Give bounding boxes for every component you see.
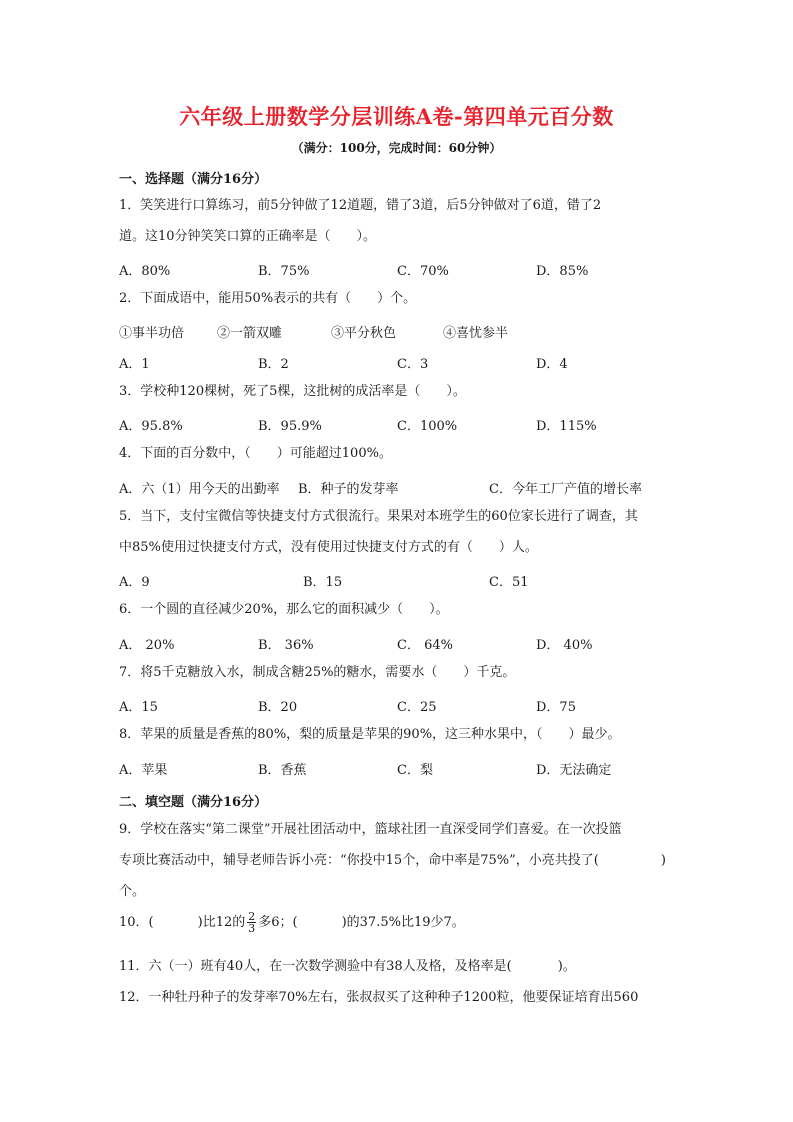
question-7-option-c: C．25 (397, 696, 437, 715)
question-8-line-1: 8．苹果的质量是香蕉的80%，梨的质量是苹果的90%，这三种水果中，（ ）最少。 (119, 727, 621, 743)
question-10-part-1: 10．( (119, 915, 154, 930)
question-12-line-1: 12．一种牡丹种子的发芽率70%左右，张叔叔买了这种种子1200粒，他要保证培育… (119, 990, 638, 1006)
question-3-option-d: D．115% (536, 415, 597, 434)
question-1-option-a: A．80% (119, 260, 170, 279)
question-7-option-d: D．75 (536, 696, 576, 715)
question-6-option-c: C． 64% (397, 634, 453, 653)
question-4-option-c: C．今年工厂产值的增长率 (489, 478, 642, 497)
question-4-option-a: A．六（1）用今天的出勤率 (119, 478, 280, 497)
question-5-option-c: C．51 (489, 571, 529, 590)
question-2-item-1: ①事半功倍 (119, 322, 184, 341)
question-11-close: )。 (558, 959, 576, 974)
question-11-line: 11．六（一）班有40人，在一次数学测验中有38人及格，及格率是()。 (119, 959, 576, 975)
question-3-line-1: 3．学校种120棵树，死了5棵，这批树的成活率是（ ）。 (119, 384, 466, 400)
question-6-option-d: D． 40% (536, 634, 592, 653)
exam-page: 六年级上册数学分层训练A卷-第四单元百分数 （满分：100分，完成时间：60分钟… (0, 0, 793, 1122)
question-4-line-1: 4．下面的百分数中，（ ）可能超过100%。 (119, 446, 392, 462)
question-8-option-c: C．梨 (397, 759, 433, 778)
question-3-option-b: B．95.9% (258, 415, 322, 434)
question-8-option-d: D．无法确定 (536, 759, 611, 778)
question-8-option-a: A．苹果 (119, 759, 167, 778)
question-2-option-c: C．3 (397, 353, 428, 372)
question-7-line-1: 7．将5千克糖放入水，制成含糖25%的糖水，需要水（ ）千克。 (119, 665, 515, 681)
question-9-line-2: 专项比赛活动中，辅导老师告诉小亮：“你投中15个，命中率是75%”，小亮共投了(… (119, 853, 666, 869)
question-6-option-b: B． 36% (258, 634, 314, 653)
question-10-line: 10．()比12的23多6；()的37.5%比19少7。 (119, 910, 465, 936)
question-9-line-1: 9．学校在落实“第二课堂”开展社团活动中，篮球社团一直深受同学们喜爱。在一次投篮 (119, 822, 622, 838)
question-2-item-4: ④喜忧参半 (443, 322, 508, 341)
question-1-option-d: D．85% (536, 260, 588, 279)
question-1-line-1: 1．笑笑进行口算练习，前5分钟做了12道题，错了3道，后5分钟做对了6道，错了2 (119, 198, 601, 214)
question-1-line-2: 道。这10分钟笑笑口算的正确率是（ ）。 (119, 229, 376, 245)
question-2-line-1: 2．下面成语中，能用50%表示的共有（ ）个。 (119, 291, 416, 307)
section-heading-choice: 一、选择题（满分16分） (119, 168, 267, 187)
question-3-option-a: A．95.8% (119, 415, 183, 434)
question-5-line-1: 5．当下，支付宝微信等快捷支付方式很流行。果果对本班学生的60位家长进行了调查，… (119, 509, 638, 525)
question-4-option-b: B．种子的发芽率 (298, 478, 399, 497)
question-2-item-2: ②一箭双雕 (217, 322, 282, 341)
page-subtitle: （满分：100分，完成时间：60分钟） (0, 139, 793, 156)
question-9-line-3: 个。 (119, 884, 145, 900)
question-8-option-b: B．香蕉 (258, 759, 307, 778)
question-2-item-3: ③平分秋色 (331, 322, 396, 341)
question-7-option-a: A．15 (119, 696, 158, 715)
question-9-close-paren: ) (661, 853, 666, 868)
question-6-option-a: A． 20% (119, 634, 174, 653)
question-7-option-b: B．20 (258, 696, 297, 715)
question-6-line-1: 6．一个圆的直径减少20%，那么它的面积减少（ ）。 (119, 602, 449, 618)
question-1-option-c: C．70% (397, 260, 449, 279)
question-9-line-2-text: 专项比赛活动中，辅导老师告诉小亮：“你投中15个，命中率是75%”，小亮共投了( (119, 853, 599, 868)
question-10-part-4: )的37.5%比19少7。 (342, 915, 465, 930)
question-10-part-2: )比12的 (198, 915, 246, 930)
section-heading-fill-blank: 二、填空题（满分16分） (119, 791, 267, 810)
question-2-option-a: A．1 (119, 353, 150, 372)
question-5-line-2: 中85%使用过快捷支付方式，没有使用过快捷支付方式的有（ ）人。 (119, 540, 538, 556)
fraction-denominator: 3 (247, 923, 256, 934)
question-5-option-b: B．15 (303, 571, 342, 590)
question-11-text: 11．六（一）班有40人，在一次数学测验中有38人及格，及格率是( (119, 959, 512, 974)
question-2-option-b: B．2 (258, 353, 289, 372)
question-1-option-b: B．75% (258, 260, 309, 279)
question-10-part-3: 多6；( (258, 915, 297, 930)
question-3-option-c: C．100% (397, 415, 457, 434)
fraction-two-thirds: 23 (247, 911, 256, 934)
question-5-option-a: A．9 (119, 571, 150, 590)
question-2-option-d: D．4 (536, 353, 568, 372)
page-title: 六年级上册数学分层训练A卷-第四单元百分数 (0, 101, 793, 131)
